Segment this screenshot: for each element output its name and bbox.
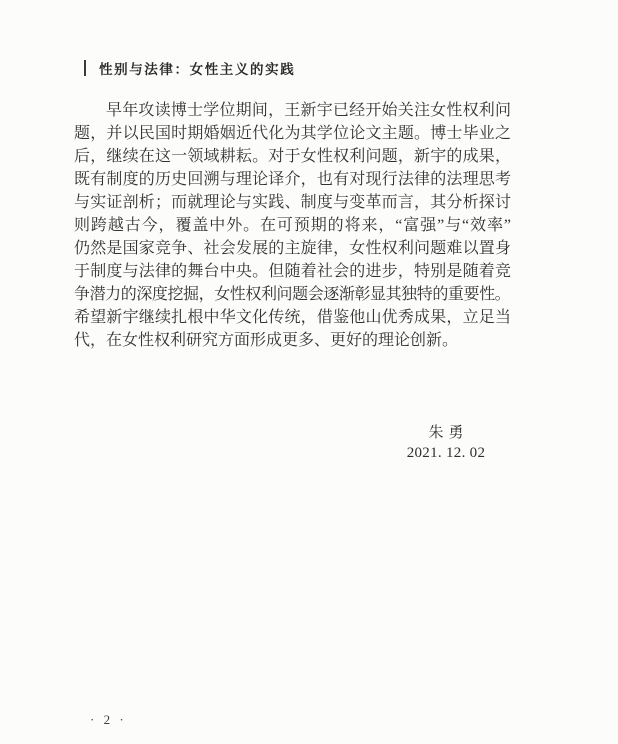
paragraph-line-3: 后，继续在这一领域耕耘。对于女性权利问题，新宇的成果， (74, 145, 511, 168)
page-footer: · 2 · (90, 711, 127, 729)
signature-name: 朱勇 (350, 424, 542, 442)
paragraph-line-11: 代，在女性权利研究方面形成更多、更好的理论创新。 (74, 329, 511, 352)
letter-paragraph: 早年攻读博士学位期间，王新宇已经开始关注女性权利问 题，并以民国时期婚姻近代化为… (74, 99, 511, 352)
paragraph-line-10: 希望新宇继续扎根中华文化传统，借鉴他山优秀成果，立足当 (74, 306, 511, 329)
paragraph-line-1: 早年攻读博士学位期间，王新宇已经开始关注女性权利问 (74, 99, 511, 122)
paragraph-line-5: 与实证剖析；而就理论与实践、制度与变革而言，其分析探讨 (74, 191, 511, 214)
paragraph-line-9: 争潜力的深度挖掘，女性权利问题会逐渐彰显其独特的重要性。 (74, 283, 511, 306)
running-head: 性别与法律：女性主义的实践 (84, 60, 295, 76)
book-page: 性别与法律：女性主义的实践 早年攻读博士学位期间，王新宇已经开始关注女性权利问 … (0, 0, 618, 744)
paragraph-line-6: 则跨越古今，覆盖中外。在可预期的将来，“富强”与“效率” (74, 214, 511, 237)
paragraph-line-4: 既有制度的历史回溯与理论译介，也有对现行法律的法理思考 (74, 168, 511, 191)
signature-date: 2021. 12. 02 (350, 443, 542, 463)
signature-block: 朱勇 2021. 12. 02 (350, 424, 542, 463)
paragraph-line-7: 仍然是国家竞争、社会发展的主旋律，女性权利问题难以置身 (74, 237, 511, 260)
page-number: · 2 · (90, 712, 127, 727)
header-title: 性别与法律：女性主义的实践 (99, 58, 295, 78)
paragraph-line-8: 于制度与法律的舞台中央。但随着社会的进步，特别是随着竞 (74, 260, 511, 283)
paragraph-line-2: 题，并以民国时期婚姻近代化为其学位论文主题。博士毕业之 (74, 122, 511, 145)
header-rule (84, 60, 86, 76)
